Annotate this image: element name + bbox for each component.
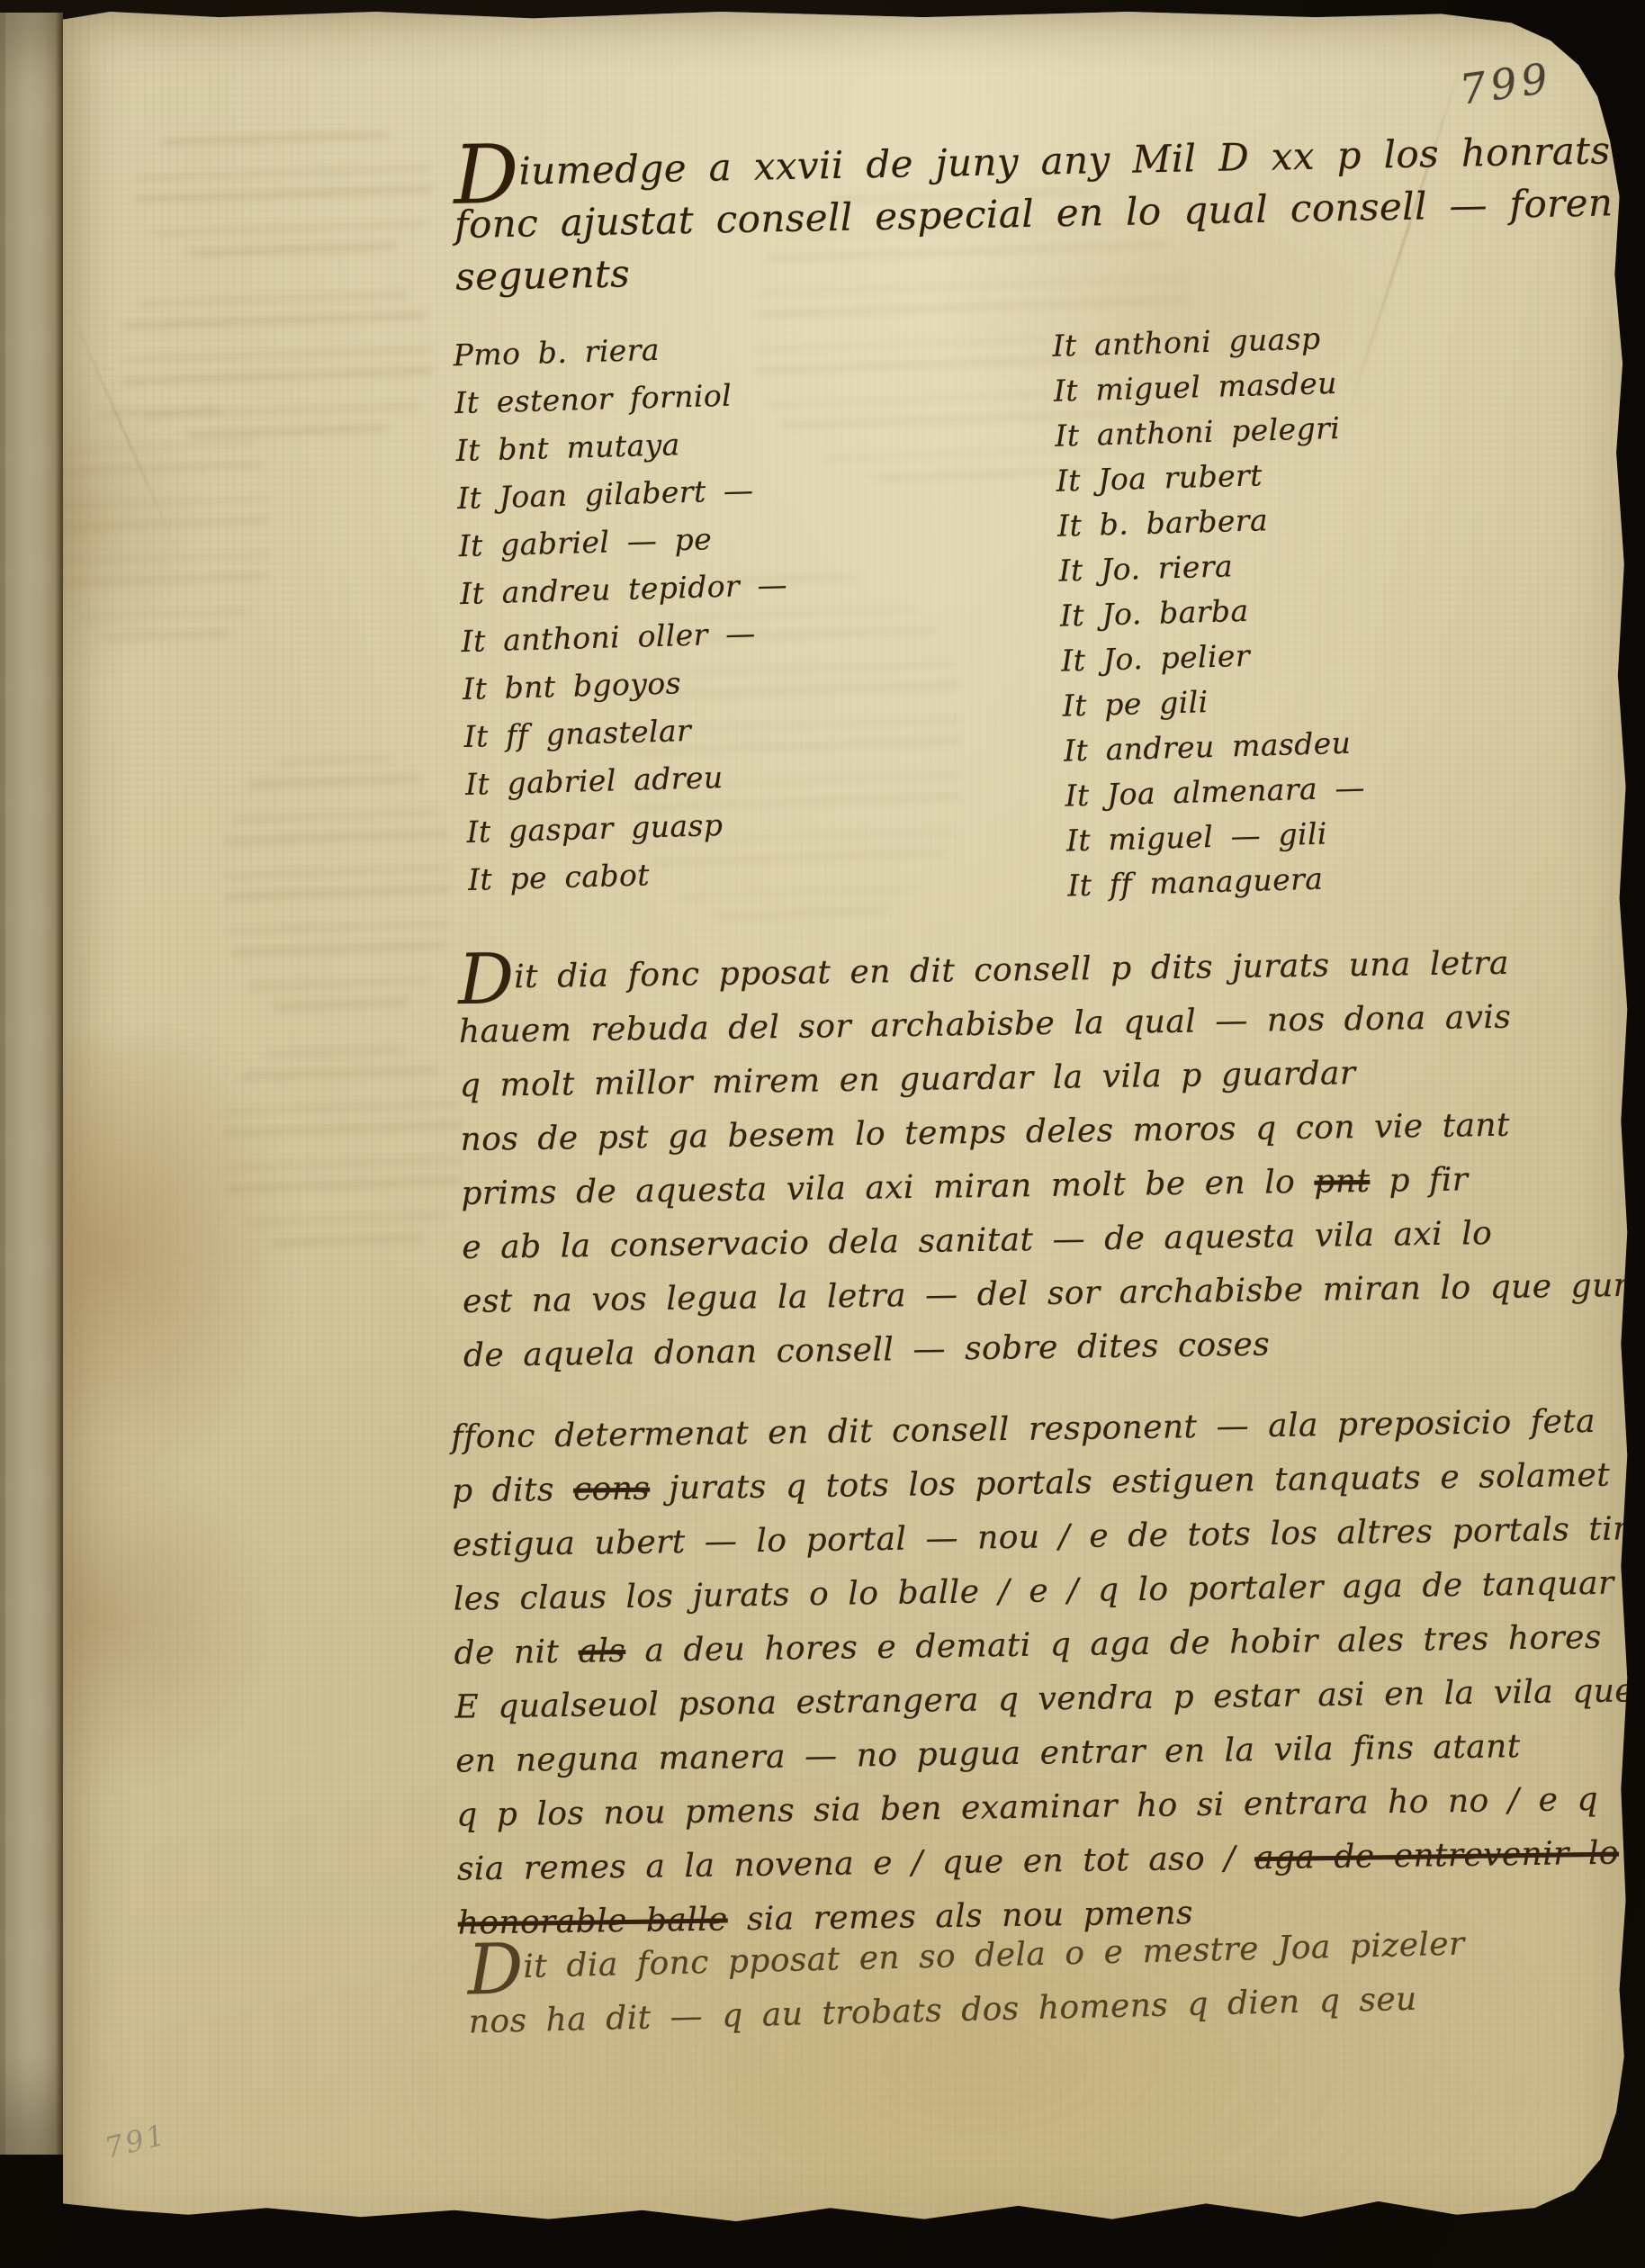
verso-showthrough	[225, 752, 450, 1018]
struck-text: pnt	[1314, 1163, 1370, 1201]
manuscript-photo: 799 Diumedge a xxvii de juny any Mil D x…	[0, 0, 1645, 2268]
struck-text: aga de entrevenir lo	[1254, 1835, 1619, 1877]
struck-text: als	[578, 1633, 625, 1670]
attendee-item: It ff managuera	[1067, 859, 1369, 913]
verso-showthrough	[135, 122, 432, 262]
folio-number-bottom: 791	[101, 2117, 170, 2165]
record-paragraph-resolution: ffonc determenat en dit consell responen…	[451, 1393, 1645, 1950]
book-gutter-page-edges	[0, 13, 63, 2155]
session-heading: Diumedge a xxvii de juny any Mil D xx p …	[453, 120, 1645, 303]
verso-showthrough	[58, 401, 269, 649]
folio-number-top: 799	[1457, 53, 1555, 114]
attendee-column-left: Pmo b. rieraIt estenor forniolIt bnt mut…	[453, 328, 796, 910]
attendee-column-right: It anthoni guaspIt miguel masdeuIt antho…	[1052, 319, 1369, 913]
verso-showthrough	[223, 1042, 462, 1254]
paper-crease	[64, 298, 179, 553]
manuscript-page: 799 Diumedge a xxvii de juny any Mil D x…	[63, 7, 1629, 2235]
record-paragraph-letter: Dit dia fonc pposat en dit consell p dit…	[458, 935, 1631, 1383]
verso-showthrough	[122, 268, 433, 444]
attendee-item: It pe cabot	[467, 853, 796, 910]
record-paragraph-final: Dit dia fonc pposat en so dela o e mestr…	[467, 1917, 1467, 2049]
struck-text: cons	[573, 1471, 651, 1508]
